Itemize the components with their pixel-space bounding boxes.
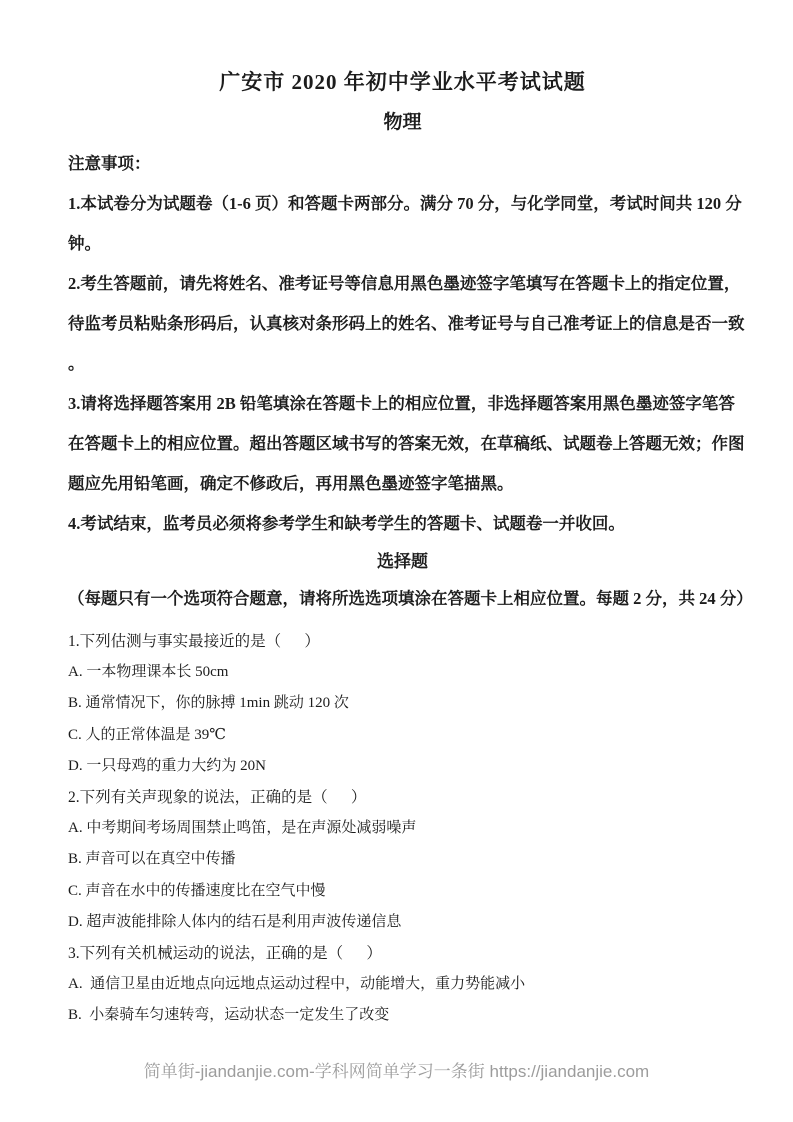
notice-line-1a: 1.本试卷分为试题卷（1-6 页）和答题卡两部分。满分 70 分，与化学同堂，考… (68, 184, 737, 224)
question-1-text: 1.下列估测与事实最接近的是（ ） (68, 626, 737, 657)
question-3-text: 3.下列有关机械运动的说法，正确的是（ ） (68, 938, 737, 969)
notice-line-3b: 在答题卡上的相应位置。超出答题区域书写的答案无效，在草稿纸、试题卷上答题无效；作… (68, 424, 737, 464)
section-note: （每题只有一个选项符合题意，请将所选选项填涂在答题卡上相应位置。每题 2 分，共… (68, 580, 737, 618)
notices-section: 注意事项： 1.本试卷分为试题卷（1-6 页）和答题卡两部分。满分 70 分，与… (68, 144, 737, 544)
subject-title: 物理 (68, 110, 737, 136)
footer-watermark: 简单街-jiandanjie.com-学科网简单学习一条街 https://ji… (0, 1060, 793, 1084)
notice-line-3a: 3.请将选择题答案用 2B 铅笔填涂在答题卡上的相应位置，非选择题答案用黑色墨迹… (68, 384, 737, 424)
question-1-option-c: C. 人的正常体温是 39℃ (68, 720, 737, 751)
question-1-option-d: D. 一只母鸡的重力大约为 20N (68, 751, 737, 782)
notice-line-2a: 2.考生答题前，请先将姓名、准考证号等信息用黑色墨迹签字笔填写在答题卡上的指定位… (68, 264, 737, 304)
question-2-option-d: D. 超声波能排除人体内的结石是利用声波传递信息 (68, 907, 737, 938)
question-2-text: 2.下列有关声现象的说法，正确的是（ ） (68, 782, 737, 813)
question-1-option-b: B. 通常情况下，你的脉搏 1min 跳动 120 次 (68, 688, 737, 719)
question-2-option-b: B. 声音可以在真空中传播 (68, 844, 737, 875)
questions-section: 1.下列估测与事实最接近的是（ ） A. 一本物理课本长 50cm B. 通常情… (68, 626, 737, 1032)
exam-document-page: 广安市 2020 年初中学业水平考试试题 物理 注意事项： 1.本试卷分为试题卷… (0, 0, 793, 1122)
notice-line-2b: 待监考员粘贴条形码后，认真核对条形码上的姓名、准考证号与自己准考证上的信息是否一… (68, 304, 737, 344)
question-2-option-c: C. 声音在水中的传播速度比在空气中慢 (68, 876, 737, 907)
notice-line-1b: 钟。 (68, 224, 737, 264)
notice-line-4: 4.考试结束，监考员必须将参考学生和缺考学生的答题卡、试题卷一并收回。 (68, 504, 737, 544)
question-2-option-a: A. 中考期间考场周围禁止鸣笛，是在声源处减弱噪声 (68, 813, 737, 844)
page-title: 广安市 2020 年初中学业水平考试试题 (68, 66, 737, 98)
notice-line-2c: 。 (68, 344, 737, 384)
section-heading: 选择题 (68, 544, 737, 580)
notice-line-3c: 题应先用铅笔画，确定不修政后，再用黑色墨迹签字笔描黑。 (68, 464, 737, 504)
question-1-option-a: A. 一本物理课本长 50cm (68, 657, 737, 688)
question-3-option-a: A. 通信卫星由近地点向远地点运动过程中，动能增大，重力势能减小 (68, 969, 737, 1000)
question-3-option-b: B. 小秦骑车匀速转弯，运动状态一定发生了改变 (68, 1000, 737, 1031)
notice-heading: 注意事项： (68, 144, 737, 184)
